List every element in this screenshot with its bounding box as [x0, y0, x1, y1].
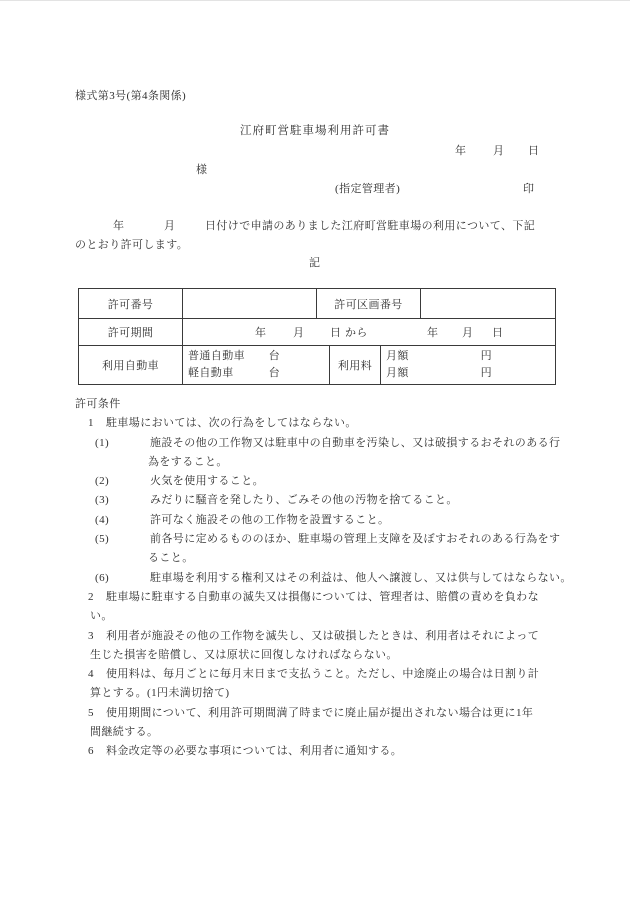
condition-marker: (3)	[95, 491, 150, 510]
condition-line: い。	[75, 607, 595, 626]
condition-marker: (2)	[95, 472, 150, 491]
intro-month-label: 月	[164, 217, 175, 233]
condition-text: 駐車場を利用する権利又はその利益は、他人へ譲渡し、又は供与してはならない。	[150, 572, 572, 584]
condition-marker: 6	[88, 742, 106, 761]
vehicle-unit-light: 台	[269, 365, 280, 382]
fee-unit-yen-2: 円	[481, 365, 492, 382]
fee-unit-yen-1: 円	[481, 348, 492, 365]
condition-line: 6料金改定等の必要な事項については、利用者に通知する。	[75, 742, 595, 761]
condition-line: 算とする。(1円未満切捨て)	[75, 684, 595, 703]
conditions-heading: 許可条件	[75, 395, 595, 414]
condition-text: 生じた損害を賠償し、又は原状に回復しなければならない。	[90, 649, 398, 661]
issue-date-month-label: 月	[493, 142, 504, 158]
table-row-vehicle: 利用自動車 普通自動車 台 軽自動車 台 利用料 月額 円 月額 円	[79, 345, 555, 384]
condition-line: 2駐車場に駐車する自動車の滅失又は損傷については、管理者は、賠償の責めを負わな	[75, 588, 595, 607]
intro-text-line2: のとおり許可します。	[75, 236, 188, 252]
permit-table: 許可番号 許可区画番号 許可期間 年 月 日 から 年 月 日 利用自動車 普通…	[78, 288, 556, 385]
permit-number-value	[182, 289, 316, 318]
fee-name-monthly-1: 月額	[386, 348, 409, 365]
period-month-to: 月	[462, 324, 473, 340]
condition-line: 間継続する。	[75, 723, 595, 742]
fee-amounts-cell: 月額 円 月額 円	[380, 346, 555, 384]
condition-text: ること。	[148, 552, 194, 564]
issue-date-year-label: 年	[455, 142, 466, 158]
fee-label: 利用料	[329, 346, 380, 384]
fee-name-monthly-2: 月額	[386, 365, 409, 382]
vehicle-label: 利用自動車	[79, 346, 182, 384]
conditions-section: 許可条件 1駐車場においては、次の行為をしてはならない。 (1)施設その他の工作…	[75, 395, 595, 762]
condition-text: 駐車場に駐車する自動車の滅失又は損傷については、管理者は、賠償の責めを負わな	[106, 591, 539, 603]
condition-marker: (1)	[95, 434, 150, 453]
issue-date-day-label: 日	[528, 142, 539, 158]
table-row-permit-number: 許可番号 許可区画番号	[79, 289, 555, 318]
period-kara: から	[345, 324, 368, 340]
permit-period-value: 年 月 日 から 年 月 日	[182, 319, 555, 345]
form-number: 様式第3号(第4条関係)	[75, 87, 186, 103]
condition-text: 許可なく施設その他の工作物を設置すること。	[150, 514, 389, 526]
condition-line: 1駐車場においては、次の行為をしてはならない。	[75, 414, 595, 433]
permit-document: { "doc": { "form_no": "様式第3号(第4条関係)", "t…	[0, 0, 630, 915]
section-number-label: 許可区画番号	[316, 289, 420, 318]
permit-number-label: 許可番号	[79, 289, 182, 318]
condition-marker: (5)	[95, 530, 150, 549]
condition-text: みだりに騒音を発したり、ごみその他の汚物を捨てること。	[150, 494, 458, 506]
fee-row-monthly-1: 月額 円	[381, 348, 492, 365]
condition-text: 火気を使用すること。	[150, 475, 264, 487]
condition-line: (6)駐車場を利用する権利又はその利益は、他人へ譲渡し、又は供与してはならない。	[75, 569, 595, 588]
condition-line: (2)火気を使用すること。	[75, 472, 595, 491]
condition-line: (4)許可なく施設その他の工作物を設置すること。	[75, 511, 595, 530]
condition-line: (5)前各号に定めるもののほか、駐車場の管理上支障を及ぼすおそれのある行為をす	[75, 530, 595, 549]
condition-text: 施設その他の工作物又は駐車中の自動車を汚染し、又は破損するおそれのある行	[150, 437, 560, 449]
condition-marker: (4)	[95, 511, 150, 530]
condition-text: 利用者が施設その他の工作物を滅失し、又は破損したときは、利用者はそれによって	[106, 630, 539, 642]
condition-line: 3利用者が施設その他の工作物を滅失し、又は破損したときは、利用者はそれによって	[75, 627, 595, 646]
condition-text: い。	[90, 610, 113, 622]
addressee-suffix: 様	[196, 161, 207, 177]
table-row-permit-period: 許可期間 年 月 日 から 年 月 日	[79, 318, 555, 345]
period-year-to: 年	[427, 324, 438, 340]
condition-text: 料金改定等の必要な事項については、利用者に通知する。	[106, 745, 402, 757]
condition-line: 5使用期間について、利用許可期間満了時までに廃止届が提出されない場合は更に1年	[75, 704, 595, 723]
condition-line: 為をすること。	[75, 453, 595, 472]
condition-text: 間継続する。	[90, 726, 158, 738]
intro-year-label: 年	[113, 217, 124, 233]
condition-line: (1)施設その他の工作物又は駐車中の自動車を汚染し、又は破損するおそれのある行	[75, 434, 595, 453]
vehicle-counts-cell: 普通自動車 台 軽自動車 台	[182, 346, 329, 384]
period-day-from: 日	[330, 324, 341, 340]
seal-mark: 印	[523, 180, 534, 196]
condition-marker: 1	[88, 414, 106, 433]
condition-text: 為をすること。	[148, 456, 228, 468]
condition-marker: (6)	[95, 569, 150, 588]
condition-text: 前各号に定めるもののほか、駐車場の管理上支障を及ぼすおそれのある行為をす	[150, 533, 560, 545]
fee-row-monthly-2: 月額 円	[381, 365, 492, 382]
ki-separator: 記	[0, 254, 630, 270]
vehicle-row-light: 軽自動車 台	[183, 365, 280, 382]
vehicle-type-light: 軽自動車	[188, 365, 234, 382]
period-year-from: 年	[255, 324, 266, 340]
condition-marker: 4	[88, 665, 106, 684]
issuer-label: (指定管理者)	[335, 180, 400, 196]
condition-marker: 5	[88, 704, 106, 723]
section-number-value	[420, 289, 555, 318]
condition-line: 生じた損害を賠償し、又は原状に回復しなければならない。	[75, 646, 595, 665]
condition-line: (3)みだりに騒音を発したり、ごみその他の汚物を捨てること。	[75, 491, 595, 510]
permit-period-label: 許可期間	[79, 319, 182, 345]
condition-text: 駐車場においては、次の行為をしてはならない。	[106, 417, 357, 429]
condition-marker: 3	[88, 627, 106, 646]
vehicle-unit-standard: 台	[269, 348, 280, 365]
period-month-from: 月	[293, 324, 304, 340]
period-day-to: 日	[492, 324, 503, 340]
vehicle-row-standard: 普通自動車 台	[183, 348, 280, 365]
condition-text: 算とする。(1円未満切捨て)	[90, 687, 229, 699]
condition-line: ること。	[75, 549, 595, 568]
condition-line: 4使用料は、毎月ごとに毎月末日まで支払うこと。ただし、中途廃止の場合は日割り計	[75, 665, 595, 684]
condition-text: 使用期間について、利用許可期間満了時までに廃止届が提出されない場合は更に1年	[106, 707, 533, 719]
condition-marker: 2	[88, 588, 106, 607]
document-title: 江府町営駐車場利用許可書	[0, 122, 630, 138]
condition-text: 使用料は、毎月ごとに毎月末日まで支払うこと。ただし、中途廃止の場合は日割り計	[106, 668, 539, 680]
vehicle-type-standard: 普通自動車	[188, 348, 245, 365]
intro-text: 日付けで申請のありました江府町営駐車場の利用について、下記	[205, 217, 535, 233]
